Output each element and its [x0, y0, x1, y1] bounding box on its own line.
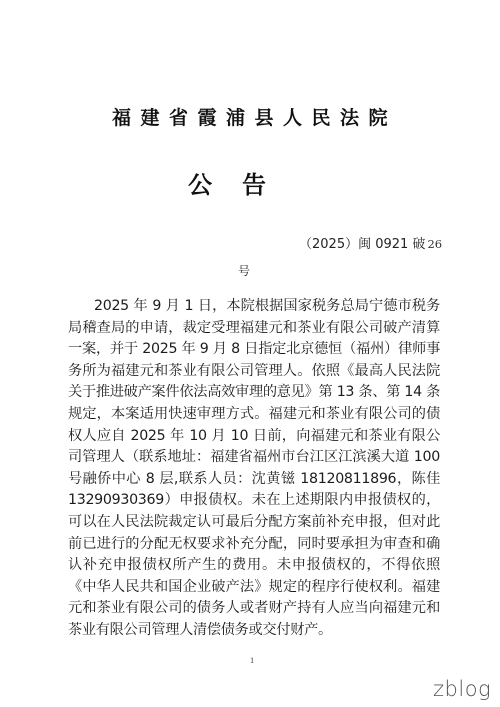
notice-title-char-1: 公 [188, 165, 212, 200]
page-number: 1 [250, 657, 254, 665]
notice-body-paragraph: 2025 年 9 月 1 日，本院根据国家税务总局宁德市税务局稽查局的申请，裁定… [68, 296, 440, 642]
case-number: （2025）闽 0921 破26 [299, 233, 442, 252]
case-number-prefix: （2025）闽 0921 破 [299, 237, 425, 252]
notice-title-char-2: 告 [242, 165, 266, 200]
case-number-value: 26 [427, 237, 442, 251]
notice-title: 公告 [188, 165, 266, 200]
watermark-logo: zblog [433, 677, 491, 701]
case-number-suffix: 号 [238, 262, 250, 279]
court-name-heading: 福建省霞浦县人民法院 [0, 103, 500, 130]
